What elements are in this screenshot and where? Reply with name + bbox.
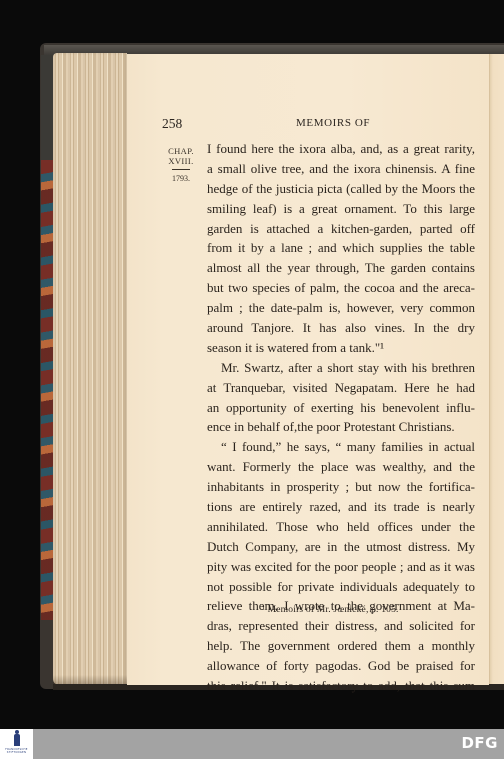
text-line: a small olive tree, and the ixora chinen…	[207, 159, 475, 179]
text-line: this relief." It is satisfactory to add,…	[207, 676, 475, 696]
text-line: almost all the year through, The garden …	[207, 258, 475, 278]
text-line: hedge of the justicia picta (called by t…	[207, 179, 475, 199]
library-logo-text: FRANCKESCHE STIFTUNGEN	[0, 748, 33, 754]
orphan-figure-icon	[14, 734, 20, 746]
text-line: “ I found,” he says, “ many families in …	[207, 437, 475, 457]
text-line: help. The government ordered them a mont…	[207, 636, 475, 656]
margin-note-year: 1793.	[165, 174, 197, 183]
library-logo[interactable]: FRANCKESCHE STIFTUNGEN	[0, 729, 33, 759]
text-line: smiling leaf) is a great ornament. To th…	[207, 199, 475, 219]
text-line: not possible for private individuals ade…	[207, 577, 475, 597]
document-viewer: 258 MEMOIRS OF CHAP. XVIII. 1793. I foun…	[0, 0, 504, 729]
margin-note-chapter-number: XVIII.	[165, 156, 197, 166]
dfg-logo[interactable]: DFG	[461, 734, 498, 752]
text-line: tions are entirely razed, and its trade …	[207, 497, 475, 517]
text-line: but two species of palm, the cocoa and t…	[207, 278, 475, 298]
text-line: palm ; the date-palm is, however, very c…	[207, 298, 475, 318]
footer-bar: FRANCKESCHE STIFTUNGEN DFG	[0, 729, 504, 759]
text-line: I found here the ixora alba, and, as a g…	[207, 139, 475, 159]
text-line: Dutch Company, are in the utmost distres…	[207, 537, 475, 557]
text-line: Mr. Swartz, after a short stay with his …	[207, 358, 475, 378]
text-line: an opportunity of exerting his benevolen…	[207, 398, 475, 418]
page-number: 258	[162, 116, 182, 132]
text-line: season it is watered from a tank."¹	[207, 338, 475, 358]
text-line: dras, represented their distress, and so…	[207, 616, 475, 636]
running-head: MEMOIRS OF	[296, 117, 370, 129]
facing-page-edge	[489, 54, 504, 686]
margin-note-rule	[172, 169, 190, 170]
text-line: want. Formerly the place was wealthy, an…	[207, 457, 475, 477]
text-line: pity was excited for the poor people ; a…	[207, 557, 475, 577]
margin-note-chapter: CHAP.	[165, 146, 197, 156]
margin-note: CHAP. XVIII. 1793.	[165, 146, 197, 183]
text-line: allowance of forty pagodas. God be prais…	[207, 656, 475, 676]
text-line: from it by a lane ; and which supplies t…	[207, 238, 475, 258]
text-line: garden is attached a kitchen-garden, par…	[207, 219, 475, 239]
text-line: at Tranquebar, visited Negapatam. Here h…	[207, 378, 475, 398]
text-line: ence in behalf of,the poor Protestant Ch…	[207, 417, 475, 437]
footnote: ¹ Memoirs of Mr. Jœnické, p. 105.	[262, 605, 399, 615]
page-fore-edge-stack	[53, 53, 127, 685]
text-line: inhabitants in prosperity ; but now the …	[207, 477, 475, 497]
text-line: around Tanjore. It has also vines. In th…	[207, 318, 475, 338]
text-line: annihilated. Those who held offices unde…	[207, 517, 475, 537]
